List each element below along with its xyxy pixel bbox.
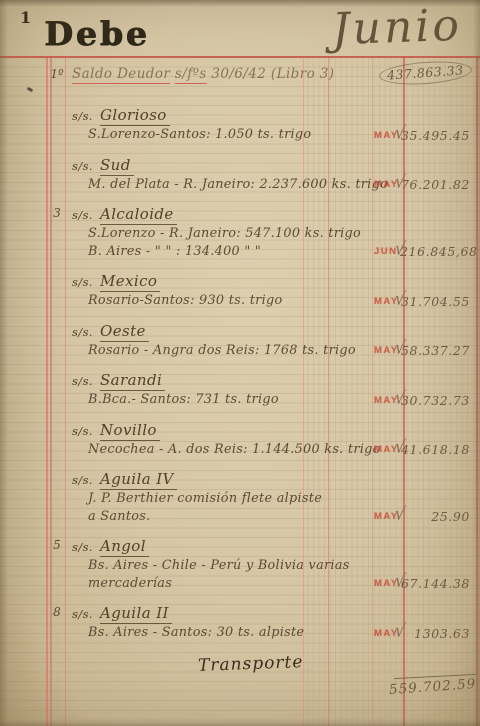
ship-name: Alcaloide (100, 205, 177, 225)
ship-prefix: s/s. (72, 374, 97, 388)
ship-prefix: s/s. (72, 325, 97, 339)
entry-title: s/s. Mexico (72, 272, 480, 292)
entry-amount: 216.845,68 (400, 244, 470, 259)
saldo-label: Saldo Deudor (72, 66, 170, 84)
entry-amount: 41.618.18 (400, 442, 470, 457)
entry-title: s/s. Oeste (72, 322, 480, 342)
month-heading: Junio (331, 0, 463, 55)
entry-title: s/s. Angol (72, 537, 480, 557)
entry-detail-line: J. P. Berthier comisión flete alpiste (88, 490, 480, 508)
entry-amount: 58.337.27 (400, 343, 470, 358)
header-rule (0, 56, 480, 58)
ship-prefix: s/s. (72, 540, 97, 554)
ship-name: Glorioso (100, 106, 170, 126)
ship-name: Oeste (100, 322, 149, 342)
entry-amount: 1303.63 (400, 626, 470, 641)
ship-prefix: s/s. (72, 159, 97, 173)
saldo-date: 30/6/42 (211, 66, 266, 82)
ledger-entry: s/s. Oeste Rosario - Angra dos Reis: 176… (0, 322, 480, 360)
ledger-entry: s/s. Sud M. del Plata - R. Janeiro: 2.23… (0, 156, 480, 194)
ship-prefix: s/s. (72, 208, 97, 222)
entry-day: 5 (49, 538, 65, 552)
entry-detail-line: Bs. Aires - Chile - Perú y Bolivia varia… (88, 557, 480, 575)
ship-name: Sarandi (100, 371, 165, 391)
entry-title: s/s. Sarandi (72, 371, 480, 391)
ink-blot (27, 87, 34, 93)
entry-title: s/s. Aguila II (72, 604, 480, 624)
entry-day: 1º (49, 67, 65, 81)
ledger-entry: s/s. Novillo Necochea - A. dos Reis: 1.1… (0, 421, 480, 459)
ship-prefix: s/s. (72, 109, 97, 123)
ship-prefix: s/s. (72, 424, 97, 438)
folio-ref: s/fºs (175, 66, 207, 84)
opening-balance-row: 1º Saldo Deudor s/fºs 30/6/42 (Libro 3) … (0, 66, 480, 92)
entry-amount: 30.732.73 (400, 393, 470, 408)
carry-forward-row: Transporte 559.702.59 (0, 654, 480, 708)
page-number: 1 (20, 8, 31, 27)
opening-balance-text: Saldo Deudor s/fºs 30/6/42 (Libro 3) (72, 66, 334, 82)
ship-prefix: s/s. (72, 275, 97, 289)
entry-title: s/s. Sud (72, 156, 480, 176)
entry-amount: 67.144.38 (400, 576, 470, 591)
ship-name: Aguila II (100, 604, 172, 624)
ledger-entry: 5 s/s. Angol Bs. Aires - Chile - Perú y … (0, 537, 480, 592)
entry-day: 8 (49, 605, 65, 619)
ledger-content: 1º Saldo Deudor s/fºs 30/6/42 (Libro 3) … (0, 66, 480, 708)
ledger-page: 1 Debe Junio 1º Saldo Deudor s/fºs 30/6/… (0, 0, 480, 726)
entry-title: s/s. Novillo (72, 421, 480, 441)
ship-prefix: s/s. (72, 607, 97, 621)
transporte-label: Transporte (198, 652, 304, 676)
entry-title: s/s. Aguila IV (72, 470, 480, 490)
ledger-entry: s/s. Sarandi B.Bca.- Santos: 731 ts. tri… (0, 371, 480, 409)
ship-name: Sud (100, 156, 134, 176)
ship-name: Mexico (100, 272, 160, 292)
ship-prefix: s/s. (72, 473, 97, 487)
entry-title: s/s. Alcaloide (72, 205, 480, 225)
ship-name: Aguila IV (100, 470, 177, 490)
ledger-entry: s/s. Glorioso S.Lorenzo-Santos: 1.050 ts… (0, 106, 480, 144)
page-title-debe: Debe (44, 14, 150, 53)
saldo-note: (Libro 3) (271, 66, 335, 82)
entry-amount: 25.90 (400, 509, 470, 524)
ledger-entry: 3 s/s. Alcaloide S.Lorenzo - R. Janeiro:… (0, 205, 480, 260)
entry-amount: 35.495.45 (400, 128, 470, 143)
ledger-entry: s/s. Mexico Rosario-Santos: 930 ts. trig… (0, 272, 480, 310)
ship-name: Novillo (100, 421, 160, 441)
ledger-entry: 8 s/s. Aguila II Bs. Aires - Santos: 30 … (0, 604, 480, 642)
ship-name: Angol (100, 537, 149, 557)
entry-amount: 31.704.55 (400, 294, 470, 309)
entry-detail-line: S.Lorenzo - R. Janeiro: 547.100 ks. trig… (88, 225, 480, 243)
entries-list: s/s. Glorioso S.Lorenzo-Santos: 1.050 ts… (0, 106, 480, 642)
entry-day: 3 (49, 206, 65, 220)
entry-amount: 76.201.82 (400, 177, 470, 192)
ledger-entry: s/s. Aguila IV J. P. Berthier comisión f… (0, 470, 480, 525)
entry-title: s/s. Glorioso (72, 106, 480, 126)
